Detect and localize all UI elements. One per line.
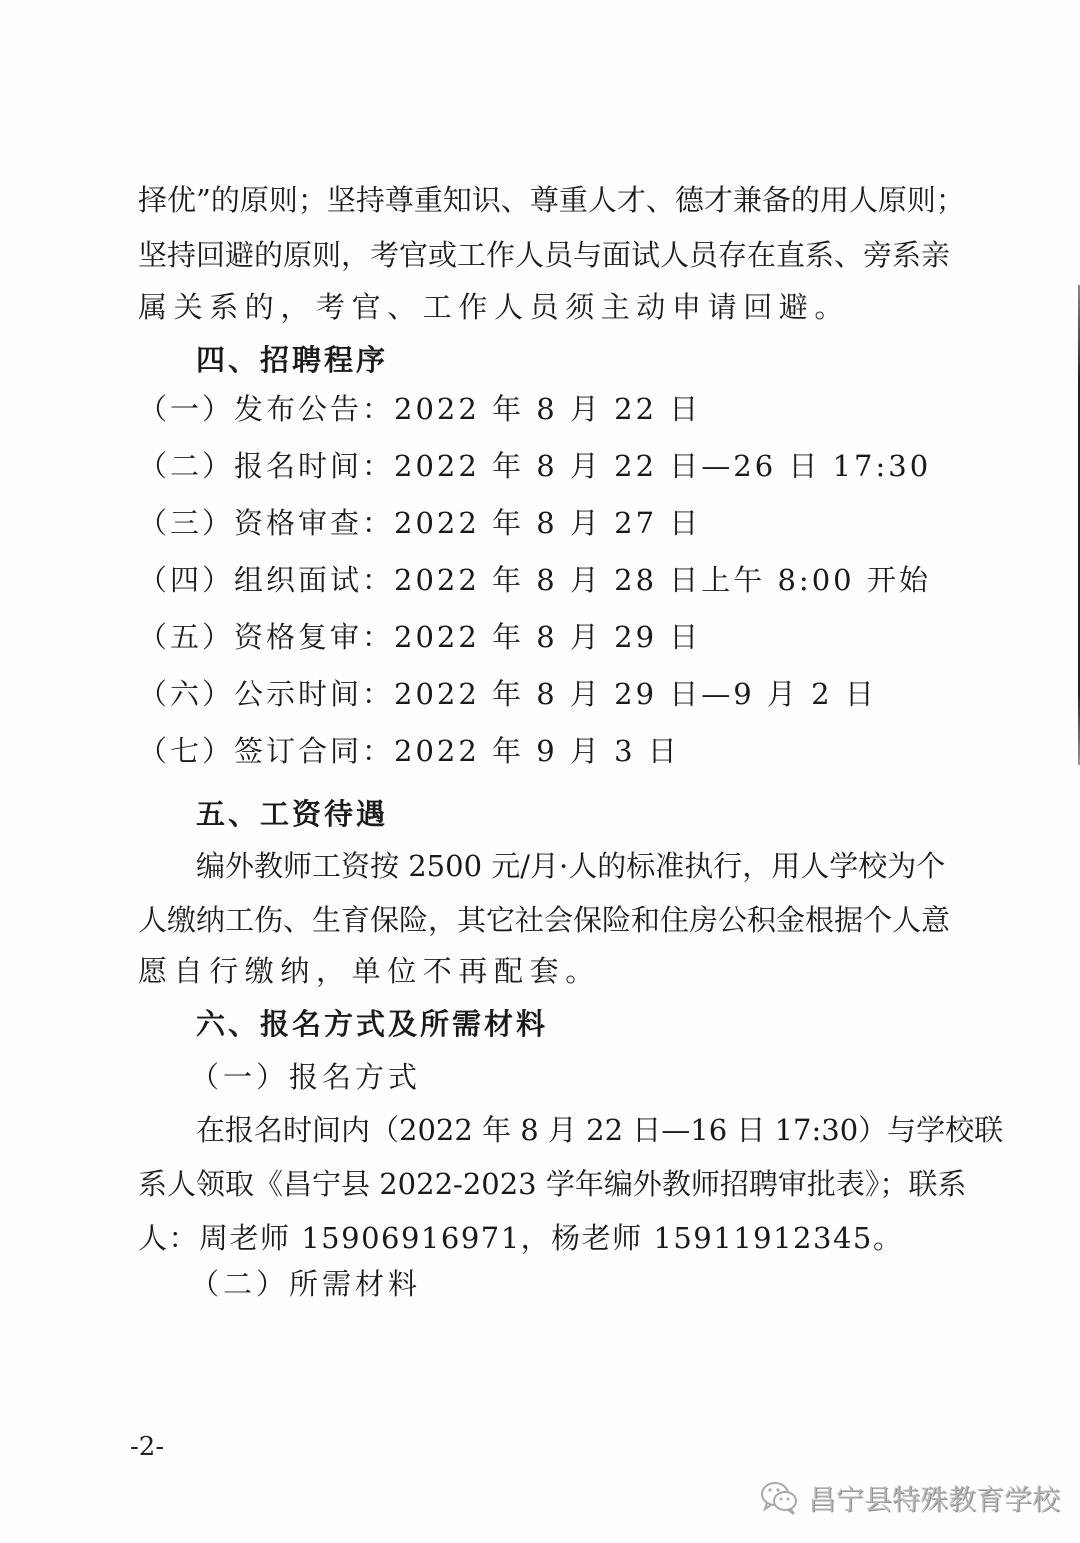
body-line: 人：周老师 15906916971，杨老师 15911912345。: [138, 1218, 942, 1258]
section-heading: 四、招聘程序: [196, 340, 1000, 380]
schedule-date: 2022 年 8 月 27 日: [394, 506, 701, 540]
page-number: -2-: [130, 1430, 164, 1464]
schedule-item: （七）签订合同：2022 年 9 月 3 日: [138, 731, 942, 771]
schedule-date: 2022 年 8 月 29 日: [394, 620, 701, 654]
schedule-label: （一）发布公告：: [138, 392, 394, 426]
schedule-label: （六）公示时间：: [138, 677, 394, 711]
schedule-item: （四）组织面试：2022 年 8 月 28 日上午 8:00 开始: [138, 560, 942, 600]
body-line: 人缴纳工伤、生育保险，其它社会保险和住房公积金根据个人意: [138, 900, 942, 940]
subsection-heading: （二）所需材料: [190, 1264, 936, 1304]
schedule-item: （一）发布公告：2022 年 8 月 22 日: [138, 389, 942, 429]
schedule-label: （二）报名时间：: [138, 449, 394, 483]
subsection-heading: （一）报名方式: [190, 1057, 936, 1097]
body-line: 愿自行缴纳，单位不再配套。: [138, 951, 942, 991]
schedule-label: （三）资格审查：: [138, 506, 394, 540]
schedule-label: （七）签订合同：: [138, 734, 394, 768]
schedule-item: （二）报名时间：2022 年 8 月 22 日—26 日 17:30: [138, 446, 942, 486]
body-line: 系人领取《昌宁县 2022-2023 学年编外教师招聘审批表》；联系: [138, 1164, 942, 1204]
schedule-item: （五）资格复审：2022 年 8 月 29 日: [138, 617, 942, 657]
schedule-date: 2022 年 9 月 3 日: [394, 734, 680, 768]
body-line: 择优”的原则；坚持尊重知识、尊重人才、德才兼备的用人原则；: [138, 180, 942, 220]
body-line: 属关系的，考官、工作人员须主动申请回避。: [138, 287, 942, 327]
body-line: 编外教师工资按 2500 元/月·人的标准执行，用人学校为个: [196, 846, 942, 886]
body-line: 在报名时间内（2022 年 8 月 22 日—16 日 17:30）与学校联: [196, 1110, 942, 1150]
section-heading: 五、工资待遇: [196, 794, 1000, 834]
document-page: 择优”的原则；坚持尊重知识、尊重人才、德才兼备的用人原则； 坚持回避的原则，考官…: [0, 0, 1080, 1543]
schedule-date: 2022 年 8 月 28 日上午 8:00 开始: [394, 563, 931, 597]
section-heading: 六、报名方式及所需材料: [196, 1004, 1000, 1044]
schedule-date: 2022 年 8 月 29 日—9 月 2 日: [394, 677, 877, 711]
watermark-text: 昌宁县特殊教育学校: [808, 1478, 1060, 1518]
schedule-date: 2022 年 8 月 22 日: [394, 392, 701, 426]
wechat-icon: [760, 1480, 800, 1516]
schedule-label: （五）资格复审：: [138, 620, 394, 654]
schedule-label: （四）组织面试：: [138, 563, 394, 597]
schedule-item: （三）资格审查：2022 年 8 月 27 日: [138, 503, 942, 543]
schedule-item: （六）公示时间：2022 年 8 月 29 日—9 月 2 日: [138, 674, 942, 714]
body-line: 坚持回避的原则，考官或工作人员与面试人员存在直系、旁系亲: [138, 235, 942, 275]
watermark: 昌宁县特殊教育学校: [760, 1476, 1060, 1520]
schedule-date: 2022 年 8 月 22 日—26 日 17:30: [394, 449, 931, 483]
